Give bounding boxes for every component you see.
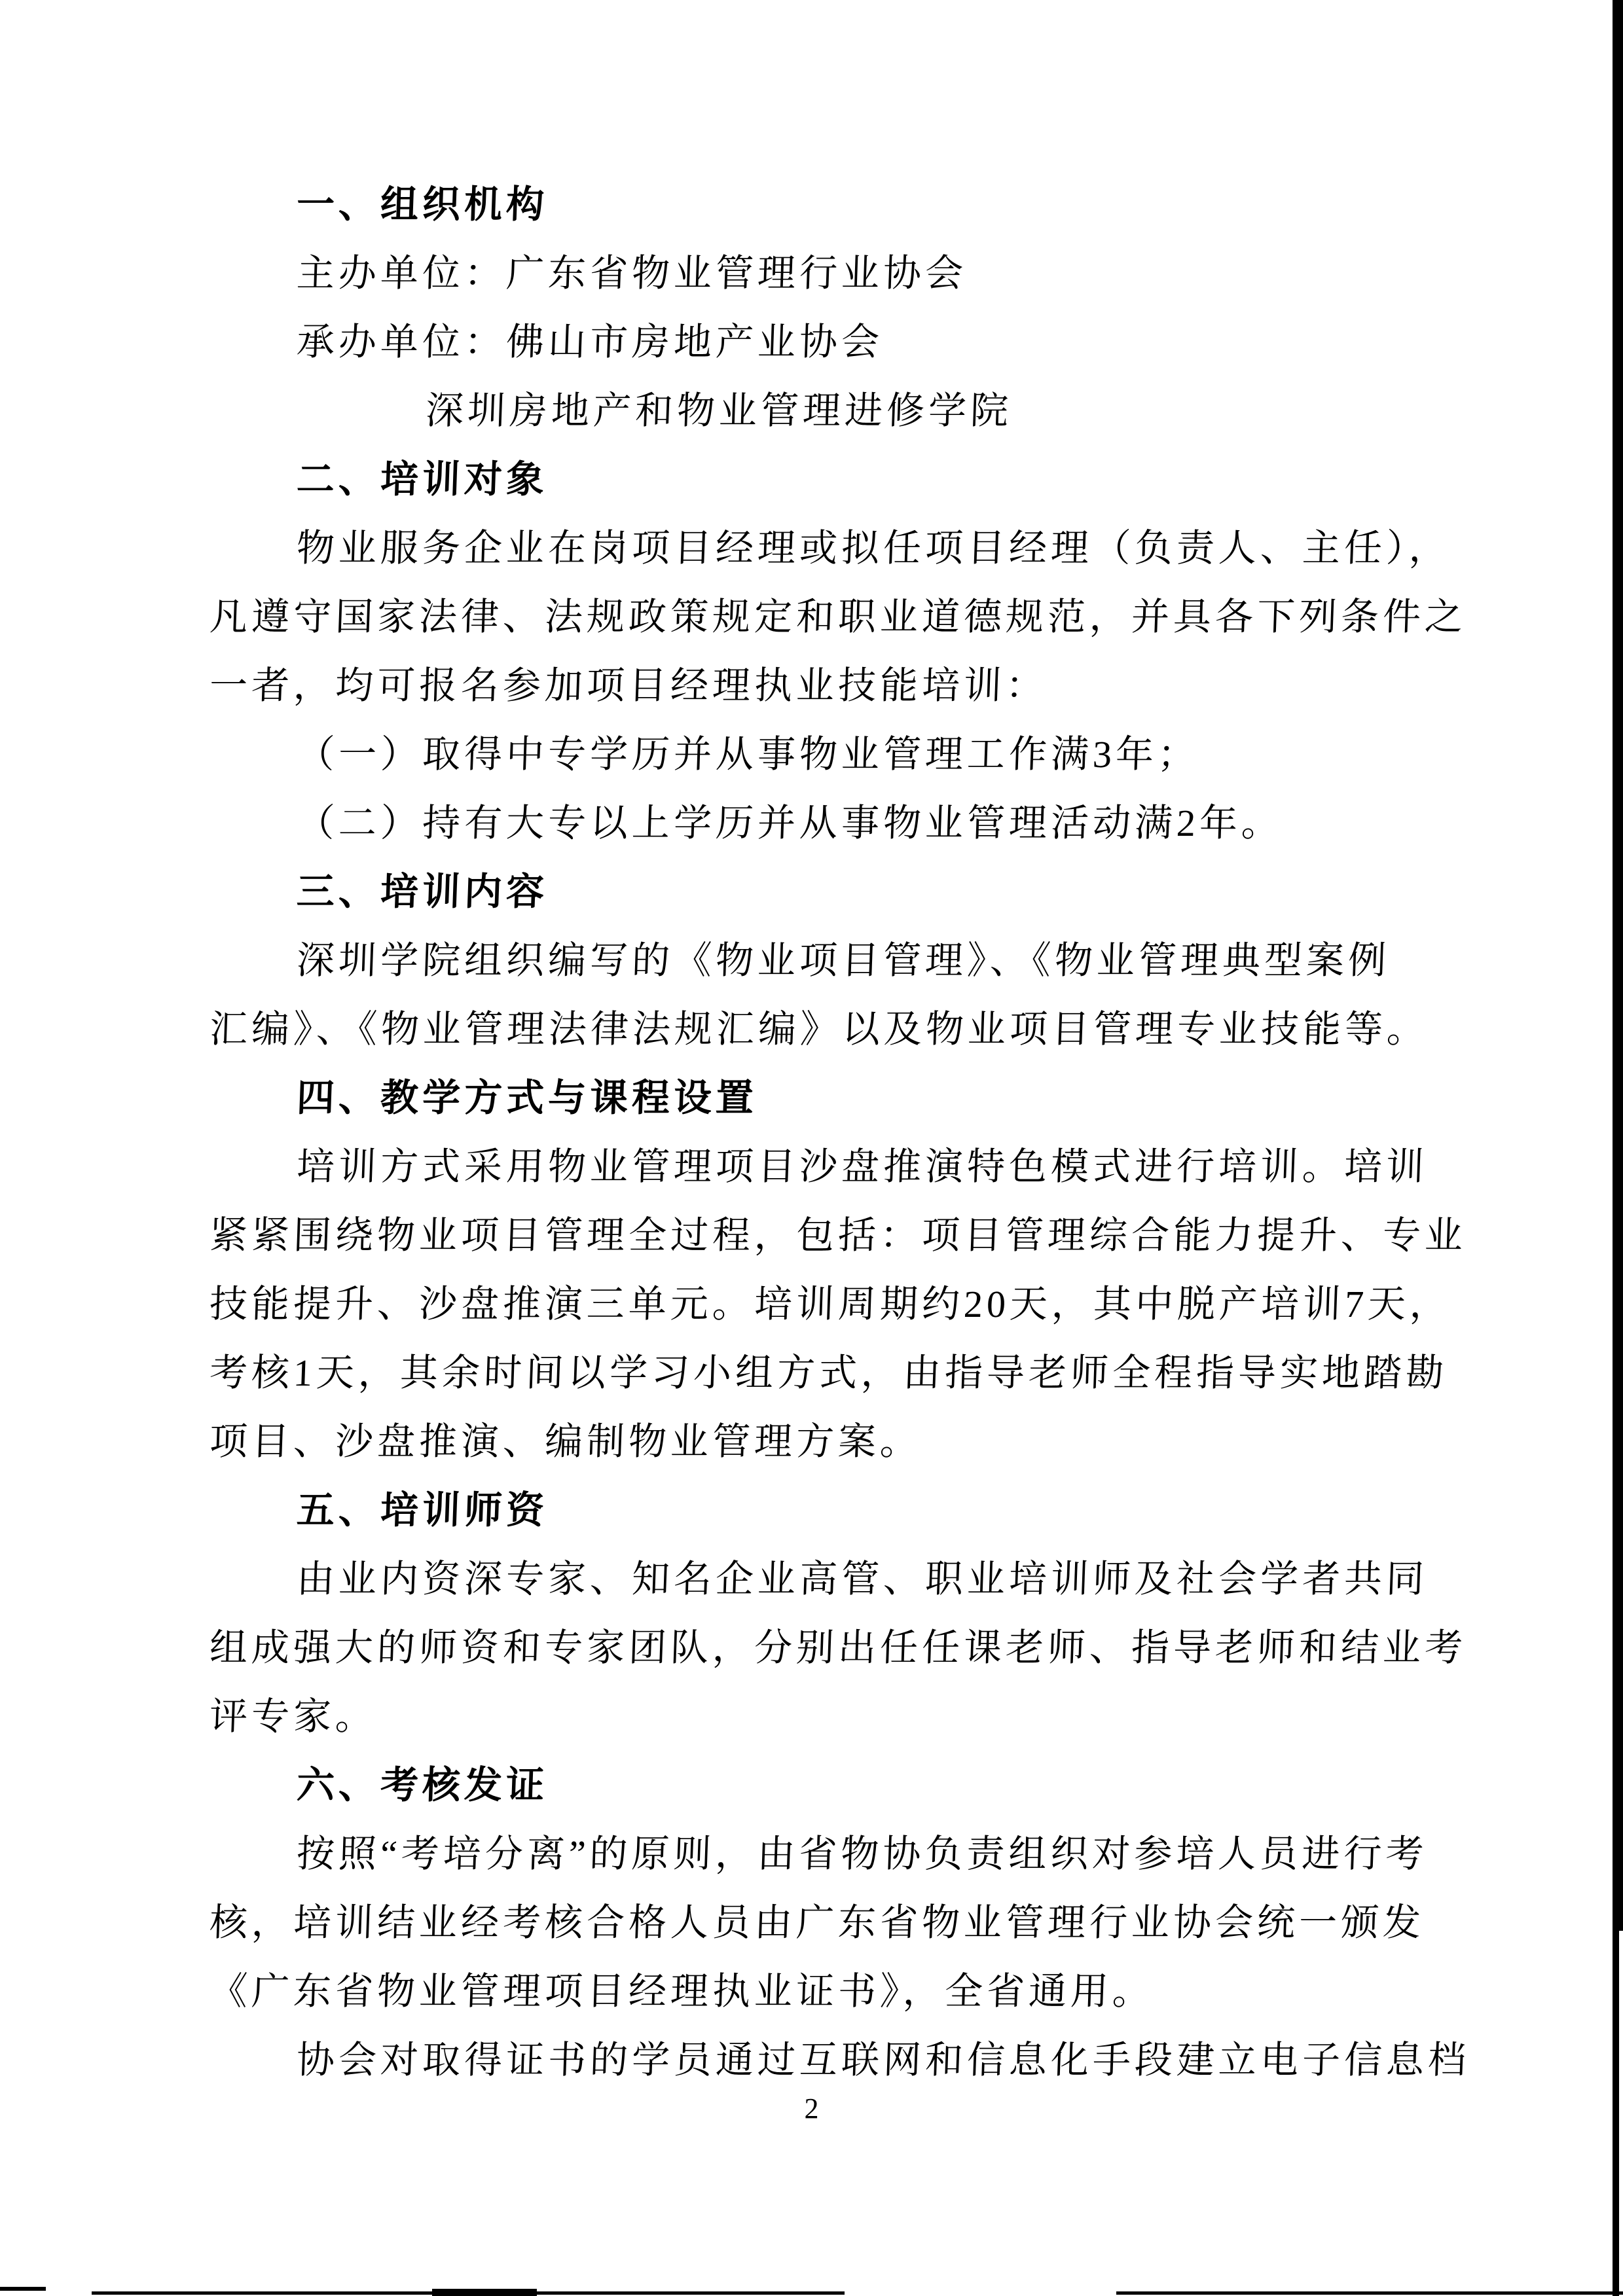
document-content: 一、组织机构 主办单位：广东省物业管理行业协会 承办单位：佛山市房地产业协会 深… xyxy=(210,170,1506,2094)
section-heading-5: 五、培训师资 xyxy=(208,1476,1507,1545)
body-line: 技能提升、沙盘推演三单元。培训周期约20天，其中脱产培训7天， xyxy=(208,1270,1507,1338)
organizer-unit-line-2: 深圳房地产和物业管理进修学院 xyxy=(208,376,1507,445)
host-unit-line: 主办单位：广东省物业管理行业协会 xyxy=(208,239,1507,308)
section-heading-4: 四、教学方式与课程设置 xyxy=(208,1064,1507,1132)
body-line: 核，培训结业经考核合格人员由广东省物业管理行业协会统一颁发 xyxy=(208,1888,1507,1957)
scanned-document-page: 一、组织机构 主办单位：广东省物业管理行业协会 承办单位：佛山市房地产业协会 深… xyxy=(0,0,1623,2296)
condition-item-1: （一）取得中专学历并从事物业管理工作满3年； xyxy=(208,720,1507,789)
section-heading-1: 一、组织机构 xyxy=(208,170,1507,239)
body-line: 《广东省物业管理项目经理执业证书》，全省通用。 xyxy=(208,1957,1507,2026)
body-line: 凡遵守国家法律、法规政策规定和职业道德规范，并具各下列条件之 xyxy=(208,583,1507,651)
body-line: 一者，均可报名参加项目经理执业技能培训： xyxy=(208,651,1507,720)
scan-artifact-right-edge-notch xyxy=(1619,1931,1623,2296)
scan-artifact-bottom-line-right xyxy=(1116,2291,1623,2295)
scan-artifact-bottom-line-left xyxy=(0,2287,46,2291)
body-line: 考核1天，其余时间以学习小组方式，由指导老师全程指导实地踏勘 xyxy=(208,1338,1507,1407)
body-line: 汇编》、《物业管理法律法规汇编》以及物业项目管理专业技能等。 xyxy=(208,995,1507,1064)
section-heading-6: 六、考核发证 xyxy=(208,1751,1507,1820)
body-line: 组成强大的师资和专家团队，分别出任任课老师、指导老师和结业考 xyxy=(208,1613,1507,1682)
body-line: 项目、沙盘推演、编制物业管理方案。 xyxy=(208,1407,1507,1476)
body-line: 按照“考培分离”的原则，由省物协负责组织对参培人员进行考 xyxy=(208,1820,1507,1888)
body-line: 由业内资深专家、知名企业高管、职业培训师及社会学者共同 xyxy=(208,1545,1507,1613)
body-line: 评专家。 xyxy=(208,1682,1507,1751)
page-number: 2 xyxy=(0,2092,1623,2125)
body-line: 协会对取得证书的学员通过互联网和信息化手段建立电子信息档 xyxy=(208,2026,1507,2094)
organizer-unit-line: 承办单位：佛山市房地产业协会 xyxy=(208,308,1507,376)
body-line: 深圳学院组织编写的《物业项目管理》、《物业管理典型案例 xyxy=(208,926,1507,995)
section-heading-3: 三、培训内容 xyxy=(208,857,1507,926)
condition-item-2: （二）持有大专以上学历并从事物业管理活动满2年。 xyxy=(208,789,1507,857)
section-heading-2: 二、培训对象 xyxy=(208,445,1507,514)
body-line: 物业服务企业在岗项目经理或拟任项目经理（负责人、主任）， xyxy=(208,514,1507,583)
scan-artifact-bottom-line-thick-chunk xyxy=(432,2289,537,2296)
body-line: 培训方式采用物业管理项目沙盘推演特色模式进行培训。培训 xyxy=(208,1132,1507,1201)
body-line: 紧紧围绕物业项目管理全过程，包括：项目管理综合能力提升、专业 xyxy=(208,1201,1507,1270)
